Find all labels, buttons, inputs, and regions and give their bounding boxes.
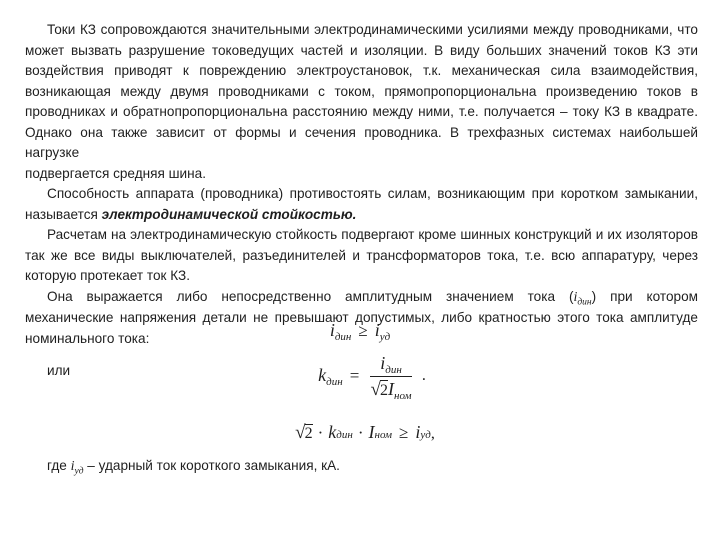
comma: , — [431, 426, 435, 442]
text-line: Она выражается либо непосредственно ампл… — [25, 287, 698, 309]
body-text: Токи КЗ сопровождаются значительными эле… — [25, 20, 698, 349]
text-run: где — [47, 458, 71, 473]
radicand: 2 — [380, 380, 388, 399]
var-k-dyn: k — [328, 423, 336, 441]
subscript-dyn: дин — [335, 331, 352, 343]
formula-kdyn-ratio: kдин = iдин √2Iном . — [318, 352, 426, 399]
fraction: iдин √2Iном — [370, 352, 412, 399]
text-line: Способность аппарата (проводника) против… — [25, 184, 698, 205]
text-run: ) при котором — [592, 289, 698, 304]
text-line: Расчетам на электродинамическую стойкост… — [25, 225, 698, 246]
period: . — [422, 368, 426, 384]
formula-sqrt2-kdyn-inom: √2·kдин·Iном≥iуд, — [0, 423, 720, 442]
var-i-ud-subscript: уд — [75, 467, 84, 477]
subscript-dyn: дин — [326, 376, 343, 388]
var-k-dyn: k — [318, 365, 326, 385]
text-line: Однако она также зависит от формы и сече… — [25, 123, 698, 164]
text-run: называется — [25, 207, 102, 222]
multiply-dot: · — [318, 424, 324, 441]
text-line: может вызвать разрушение токоведущих час… — [25, 41, 698, 62]
subscript-dyn: дин — [385, 364, 402, 376]
subscript-ud: уд — [380, 331, 390, 343]
fraction-numerator: iдин — [370, 352, 412, 377]
equals-sign: = — [350, 367, 360, 384]
ge-operator: ≥ — [399, 424, 408, 441]
text-run: – ударный ток короткого замыкания, кА. — [84, 458, 340, 473]
text-line: Токи КЗ сопровождаются значительными эле… — [25, 20, 698, 41]
document-page: Токи КЗ сопровождаются значительными эле… — [0, 0, 720, 540]
var-i-dyn-subscript: дин — [577, 297, 591, 307]
text-line: воздействия приводят к повреждению элект… — [25, 61, 698, 82]
text-line: называется электродинамической стойкость… — [25, 205, 698, 226]
footnote-iud-definition: где iуд – ударный ток короткого замыкани… — [47, 458, 340, 475]
text-line: подвергается средняя шина. — [25, 164, 698, 185]
multiply-dot: · — [358, 424, 364, 441]
text-line: так же все виды выключателей, разъединит… — [25, 246, 698, 267]
subscript-nom: ном — [394, 390, 412, 402]
ge-operator: ≥ — [358, 321, 367, 340]
fraction-denominator: √2Iном — [371, 377, 412, 399]
text-run: Она выражается либо непосредственно ампл… — [47, 289, 573, 304]
text-line: которую протекает ток КЗ. — [25, 266, 698, 287]
text-line: возникающая между двумя проводниками с т… — [25, 82, 698, 103]
term-electrodynamic-stability: электродинамической стойкостью. — [102, 207, 357, 222]
text-line: проводниках и обратнопропорциональна рас… — [25, 102, 698, 123]
formula-content: √2·kдин·Iном≥iуд, — [295, 423, 435, 442]
radicand: 2 — [305, 424, 313, 442]
formula-idyn-ge-iud: iдин≥iуд — [0, 321, 720, 340]
formula-kdyn-row: kдин = iдин √2Iном . — [0, 352, 720, 399]
